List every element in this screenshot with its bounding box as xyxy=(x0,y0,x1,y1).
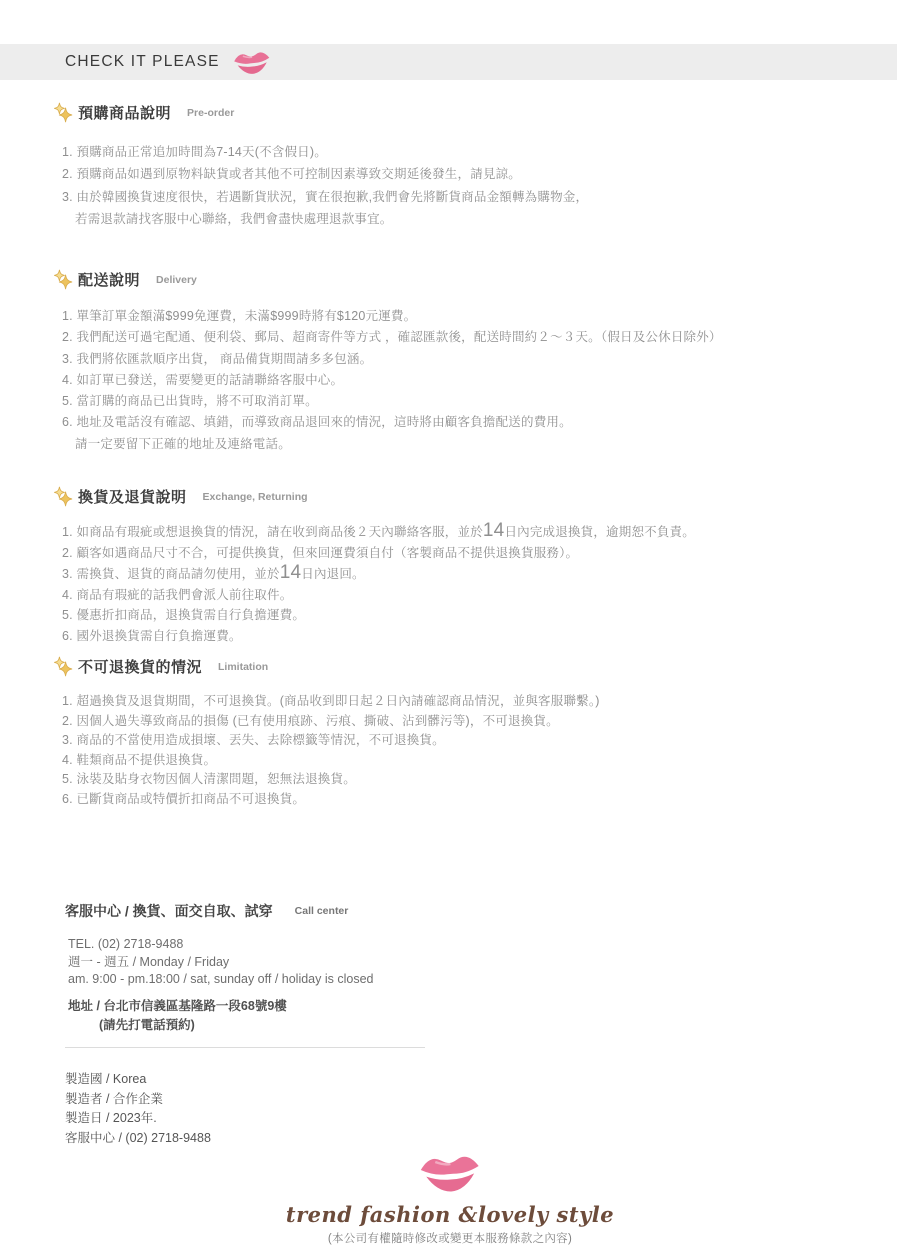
section-exchange-heading: 換貨及退貨說明 Exchange, Returning xyxy=(52,486,308,507)
checkit-header-bar: CHECK IT PLEASE xyxy=(0,44,897,80)
list-item: 6. 國外退換貨需自行負擔運費。 xyxy=(62,626,882,647)
list-item: 1. 超過換貨及退貨期間，不可退換貨。(商品收到即日起２日內請確認商品情況，並與… xyxy=(62,692,882,712)
tel-line: TEL. (02) 2718-9488 xyxy=(68,936,374,954)
highlight-number: 14 xyxy=(280,562,302,583)
footer-logo: trend fashion &lovely style (本公司有權隨時修改或變… xyxy=(0,1149,900,1246)
section-title: 配送說明 xyxy=(78,269,140,290)
sparkle-icon xyxy=(52,486,73,507)
limitation-list: 1. 超過換貨及退貨期間，不可退換貨。(商品收到即日起２日內請確認商品情況，並與… xyxy=(62,692,882,810)
maker-date: 製造日 / 2023年. xyxy=(65,1109,211,1129)
list-item: 4. 如訂單已發送，需要變更的話請聯絡客服中心。 xyxy=(62,370,882,391)
list-item: 2. 我們配送可過宅配通、便利袋、郵局、超商寄件等方式 ，確認匯款後，配送時間約… xyxy=(62,327,882,348)
sparkle-icon xyxy=(52,269,73,290)
section-title: 預購商品說明 xyxy=(78,102,171,123)
list-item: 2. 顧客如遇商品尺寸不合，可提供換貨，但來回運費須自付（客製商品不提供退換貨服… xyxy=(62,543,882,564)
maker-company: 製造者 / 合作企業 xyxy=(65,1090,211,1110)
list-item: 請一定要留下正確的地址及連絡電話。 xyxy=(62,434,882,455)
sparkle-icon xyxy=(52,656,73,677)
section-limitation-heading: 不可退換貨的情況 Limitation xyxy=(52,656,268,677)
hours-time-line: am. 9:00 - pm.18:00 / sat, sunday off / … xyxy=(68,971,374,989)
list-item: 6. 地址及電話沒有確認、填錯，而導致商品退回來的情況，這時將由顧客負擔配送的費… xyxy=(62,412,882,433)
terms-note: (本公司有權隨時修改或變更本服務條款之內容) xyxy=(0,1230,900,1246)
list-item: 1. 預購商品正常追加時間為7-14天(不含假日)。 xyxy=(62,141,882,163)
highlight-number: 14 xyxy=(483,520,505,541)
section-delivery-heading: 配送說明 Delivery xyxy=(52,269,197,290)
divider-line xyxy=(65,1047,425,1048)
address-block: 地址 / 台北市信義區基隆路一段68號9樓 (請先打電話預約) xyxy=(68,997,287,1035)
call-center-info: TEL. (02) 2718-9488 週一 - 週五 / Monday / F… xyxy=(68,936,374,989)
exchange-list: 1. 如商品有瑕疵或想退換貨的情況，請在收到商品後２天內聯絡客服，並於14日內完… xyxy=(62,521,882,646)
section-subtitle: Delivery xyxy=(156,274,197,286)
list-item: 1. 如商品有瑕疵或想退換貨的情況，請在收到商品後２天內聯絡客服，並於14日內完… xyxy=(62,521,882,543)
kiss-lips-icon xyxy=(232,48,272,76)
list-item: 5. 泳裝及貼身衣物因個人清潔問題，恕無法退換貨。 xyxy=(62,770,882,790)
call-center-title: 客服中心 / 換貨、面交自取、試穿 xyxy=(65,901,273,921)
call-center-subtitle: Call center xyxy=(295,905,349,917)
list-item-text: 3. 需換貨、退貨的商品請勿使用，並於 xyxy=(62,567,280,581)
checkit-title: CHECK IT PLEASE xyxy=(65,53,220,71)
maker-info: 製造國 / Korea 製造者 / 合作企業 製造日 / 2023年. 客服中心… xyxy=(65,1070,211,1148)
list-item: 1. 單筆訂單金額滿$999免運費，未滿$999時將有$120元運費。 xyxy=(62,306,882,327)
list-item: 3. 商品的不當使用造成損壞、丟失、去除標籤等情況，不可退換貨。 xyxy=(62,731,882,751)
list-item-text: 1. 如商品有瑕疵或想退換貨的情況，請在收到商品後２天內聯絡客服，並於 xyxy=(62,525,483,539)
address-note: (請先打電話預約) xyxy=(68,1016,287,1035)
list-item: 3. 我們將依匯款順序出貨， 商品備貨期間請多多包涵。 xyxy=(62,349,882,370)
section-subtitle: Exchange, Returning xyxy=(203,491,308,503)
list-item: 3. 由於韓國換貨速度很快，若遇斷貨狀況，實在很抱歉,我們會先將斷貨商品金額轉為… xyxy=(62,186,882,208)
section-title: 不可退換貨的情況 xyxy=(78,656,202,677)
delivery-list: 1. 單筆訂單金額滿$999免運費，未滿$999時將有$120元運費。 2. 我… xyxy=(62,306,882,455)
hours-days-line: 週一 - 週五 / Monday / Friday xyxy=(68,954,374,972)
list-item: 2. 因個人過失導致商品的損傷 (已有使用痕跡、污痕、撕破、沾到髒污等)，不可退… xyxy=(62,712,882,732)
section-title: 換貨及退貨說明 xyxy=(78,486,187,507)
address-line: 地址 / 台北市信義區基隆路一段68號9樓 xyxy=(68,997,287,1016)
sparkle-icon xyxy=(52,102,73,123)
section-subtitle: Limitation xyxy=(218,661,268,673)
list-item: 6. 已斷貨商品或特價折扣商品不可退換貨。 xyxy=(62,790,882,810)
list-item: 4. 鞋類商品不提供退換貨。 xyxy=(62,751,882,771)
kiss-lips-logo-icon xyxy=(418,1149,482,1200)
section-preorder-heading: 預購商品說明 Pre-order xyxy=(52,102,234,123)
section-subtitle: Pre-order xyxy=(187,107,234,119)
list-item: 4. 商品有瑕疵的話我們會派人前往取件。 xyxy=(62,585,882,606)
list-item-text: 日內退回。 xyxy=(301,567,365,581)
list-item: 若需退款請找客服中心聯絡，我們會盡快處理退款事宜。 xyxy=(62,208,882,230)
list-item-text: 日內完成退換貨，逾期恕不負責。 xyxy=(504,525,695,539)
call-center-heading: 客服中心 / 換貨、面交自取、試穿 Call center xyxy=(65,901,348,921)
list-item: 5. 優惠折扣商品，退換貨需自行負擔運費。 xyxy=(62,605,882,626)
brand-slogan: trend fashion &lovely style xyxy=(0,1202,900,1227)
list-item: 2. 預購商品如遇到原物料缺貨或者其他不可控制因素導致交期延後發生，請見諒。 xyxy=(62,163,882,185)
maker-country: 製造國 / Korea xyxy=(65,1070,211,1090)
maker-phone: 客服中心 / (02) 2718-9488 xyxy=(65,1129,211,1149)
list-item: 5. 當訂購的商品已出貨時，將不可取消訂單。 xyxy=(62,391,882,412)
preorder-list: 1. 預購商品正常追加時間為7-14天(不含假日)。 2. 預購商品如遇到原物料… xyxy=(62,141,882,231)
list-item: 3. 需換貨、退貨的商品請勿使用，並於14日內退回。 xyxy=(62,563,882,585)
